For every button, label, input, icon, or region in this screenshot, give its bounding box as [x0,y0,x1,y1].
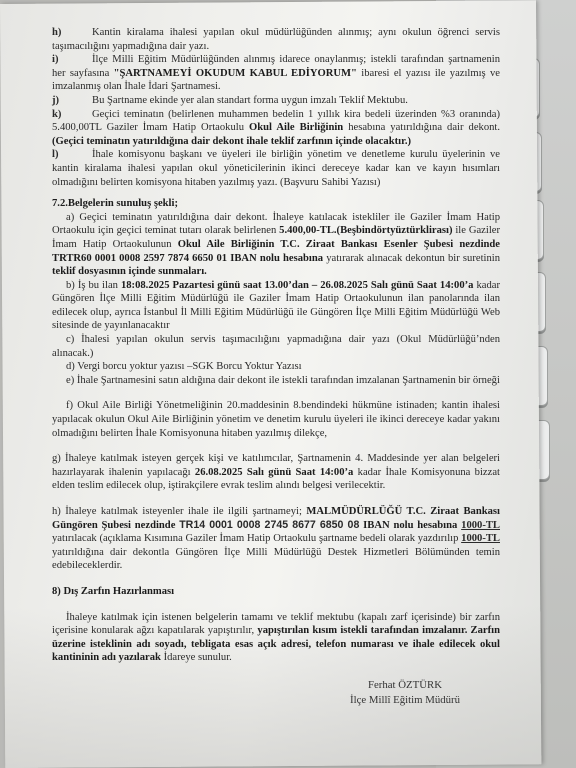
item-label: h) [52,26,92,40]
clause-e: e) İhale Şartnamesini satın aldığına dai… [52,374,500,388]
fee-amount: 1000-TL [461,520,500,531]
section-text: İdareye sunulur. [161,652,232,663]
clause-text-bold: 18:08.2025 Pazartesi günü saat 13.00’dan… [121,280,474,291]
clause-text: yatırıldığına dair dekontla Güngören İlç… [52,547,500,572]
item-label: l) [52,148,92,162]
section-8-heading: 8) Dış Zarfın Hazırlanması [52,585,500,599]
item-l: l)İhale komisyonu başkanı ve üyeleri ile… [52,148,500,189]
fee-amount: 1000-TL [461,533,500,544]
clause-c: c) İhalesi yapılan okulun servis taşımac… [52,333,500,360]
item-h: h)Kantin kiralama ihalesi yapılan okul m… [52,26,500,53]
clause-b: b) İş bu ilan 18:08.2025 Pazartesi günü … [52,279,500,333]
clause-text: yatırılacak (açıklama Kısımına Gaziler İ… [52,533,461,544]
signature-block: Ferhat ÖZTÜRK İlçe Millî Eğitim Müdürü [340,678,470,708]
item-text: Kantin kiralama ihalesi yapılan okul müd… [52,27,500,52]
item-text-bold: (Geçici teminatın yatırıldığına dair dek… [52,136,411,147]
clause-text-bold: IBAN nolu hesabına [359,520,457,531]
iban-number: TR14 0001 0008 2745 8677 6850 08 [179,519,359,531]
clause-h: h) İhaleye katılmak isteyenler ihale ile… [52,505,500,573]
clause-text-bold: 26.08.2025 Salı günü Saat 14:00’a [195,467,353,478]
item-text: Bu Şartname ekinde yer alan standart for… [92,95,408,106]
clause-text-bold: 5.400,00-TL.(Beşbindörtyüztürklirası) [279,225,452,236]
item-text: hesabına yatırıldığına dair dekont. [343,122,500,133]
item-label: j) [52,94,92,108]
clause-text: yatırarak alınacak dekontun bir suretini… [323,253,500,264]
document-body: h)Kantin kiralama ihalesi yapılan okul m… [52,26,500,665]
clause-text-bold: teklif dosyasının içinde sunmaları. [52,266,207,277]
item-label: k) [52,108,92,122]
clause-a: a) Geçici teminatın yatırıldığına dair d… [52,211,500,279]
clause-g: g) İhaleye katılmak isteyen gerçek kişi … [52,452,500,493]
section-8-body: İhaleye katılmak için istenen belgelerin… [52,611,500,665]
item-text-bold: Okul Aile Birliğinin [249,122,343,133]
clause-text: h) İhaleye katılmak isteyenler ihale ile… [52,506,306,517]
item-text-bold: "ŞARTNAMEYİ OKUDUM KABUL EDİYORUM" [114,68,357,79]
item-j: j)Bu Şartname ekinde yer alan standart f… [52,94,500,108]
item-text: İhale komisyonu başkanı ve üyeleri ile b… [52,149,500,187]
clause-d: d) Vergi borcu yoktur yazısı –SGK Borcu … [52,360,500,374]
signatory-name: Ferhat ÖZTÜRK [340,678,470,693]
clause-text: b) İş bu ilan [66,280,121,291]
section-7-2-heading: 7.2.Belgelerin sunuluş şekli; [52,197,500,211]
clause-f: f) Okul Aile Birliği Yönetmeliğinin 20.m… [52,399,500,440]
item-i: i)İlçe Milli Eğitim Müdürlüğünden alınmı… [52,53,500,94]
signatory-title: İlçe Millî Eğitim Müdürü [340,693,470,708]
item-label: i) [52,53,92,67]
item-k: k)Geçici teminatın (belirlenen muhammen … [52,108,500,149]
